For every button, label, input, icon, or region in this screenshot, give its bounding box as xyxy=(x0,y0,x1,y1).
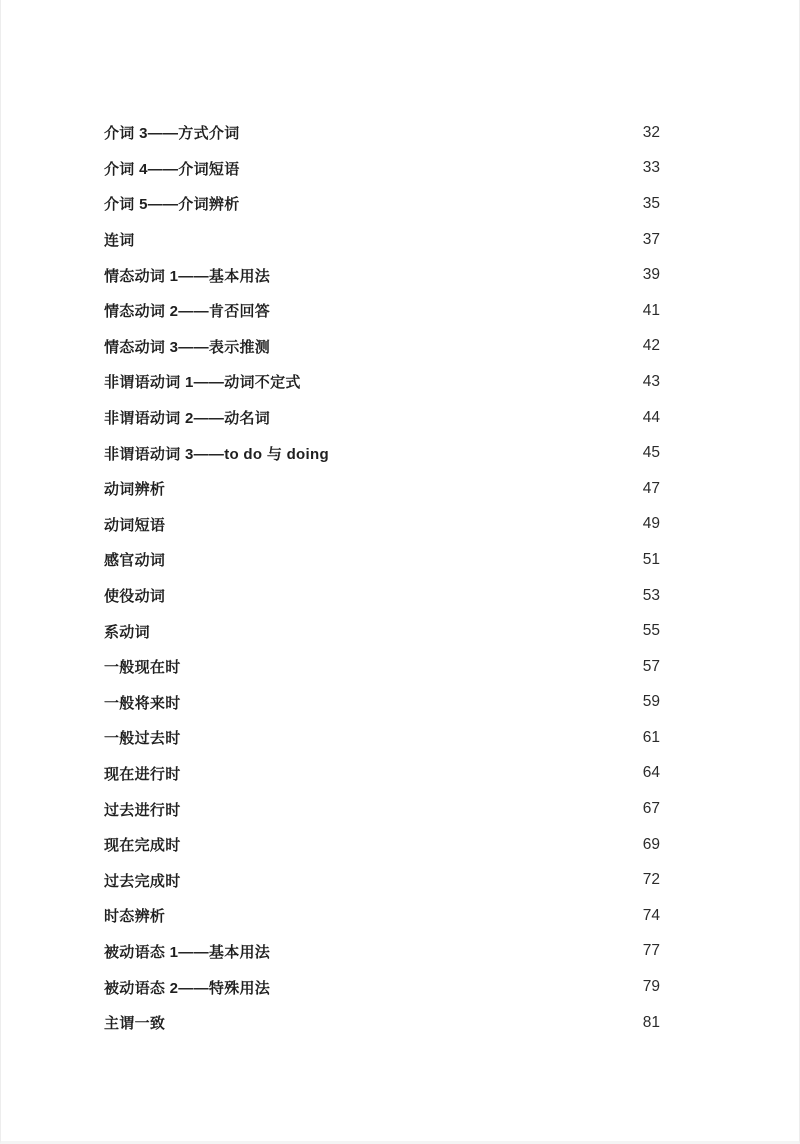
toc-entry-title: 情态动词 1——基本用法 xyxy=(104,265,270,286)
toc-entry-title: 动词辨析 xyxy=(104,478,165,499)
toc-entry-row: 被动语态 1——基本用法 77 xyxy=(104,934,660,970)
toc-entry-title: 一般将来时 xyxy=(104,692,181,713)
toc-entry-title: 过去完成时 xyxy=(104,870,181,891)
toc-entry-title: 一般现在时 xyxy=(104,656,181,677)
toc-entry-page-number: 47 xyxy=(643,480,660,498)
toc-entry-row: 非谓语动词 1——动词不定式 43 xyxy=(104,364,660,400)
toc-entry-page-number: 69 xyxy=(643,836,660,854)
toc-entry-row: 系动词 55 xyxy=(104,613,660,649)
toc-entry-title: 系动词 xyxy=(104,621,150,642)
toc-entry-title: 非谓语动词 3——to do 与 doing xyxy=(104,443,329,464)
toc-entry-title: 主谓一致 xyxy=(104,1012,165,1033)
toc-entry-row: 非谓语动词 2——动名词 44 xyxy=(104,400,660,436)
toc-entry-page-number: 33 xyxy=(643,159,660,177)
toc-entry-page-number: 55 xyxy=(643,622,660,640)
toc-entry-title: 介词 5——介词辨析 xyxy=(104,193,240,214)
toc-entry-page-number: 42 xyxy=(643,337,660,355)
toc-entry-row: 一般过去时 61 xyxy=(104,720,660,756)
toc-entry-title: 介词 4——介词短语 xyxy=(104,158,240,179)
toc-entry-row: 现在进行时 64 xyxy=(104,756,660,792)
toc-entry-page-number: 37 xyxy=(643,231,660,249)
toc-entry-row: 主谓一致 81 xyxy=(104,1005,660,1041)
toc-entry-page-number: 57 xyxy=(643,658,660,676)
toc-entry-page-number: 39 xyxy=(643,266,660,284)
toc-entry-title: 非谓语动词 2——动名词 xyxy=(104,407,270,428)
toc-entry-row: 时态辨析 74 xyxy=(104,898,660,934)
toc-entry-row: 介词 3——方式介词 32 xyxy=(104,115,660,151)
toc-entry-title: 现在进行时 xyxy=(104,763,181,784)
toc-entry-page-number: 43 xyxy=(643,373,660,391)
toc-entry-row: 介词 4——介词短语 33 xyxy=(104,151,660,187)
toc-entry-title: 时态辨析 xyxy=(104,905,165,926)
toc-entry-row: 动词短语 49 xyxy=(104,507,660,543)
toc-entry-row: 使役动词 53 xyxy=(104,578,660,614)
toc-entry-page-number: 74 xyxy=(643,907,660,925)
toc-entry-title: 被动语态 2——特殊用法 xyxy=(104,977,270,998)
toc-entry-row: 情态动词 2——肯否回答 41 xyxy=(104,293,660,329)
toc-entry-title: 动词短语 xyxy=(104,514,165,535)
toc-entry-title: 连词 xyxy=(104,229,135,250)
toc-entry-row: 情态动词 3——表示推测 42 xyxy=(104,329,660,365)
toc-entry-title: 被动语态 1——基本用法 xyxy=(104,941,270,962)
document-page: 介词 3——方式介词 32 介词 4——介词短语 33 介词 5——介词辨析 3… xyxy=(0,0,800,1144)
toc-entry-title: 一般过去时 xyxy=(104,727,181,748)
toc-entry-row: 一般现在时 57 xyxy=(104,649,660,685)
toc-entry-page-number: 59 xyxy=(643,693,660,711)
toc-entry-page-number: 81 xyxy=(643,1014,660,1032)
toc-entry-title: 非谓语动词 1——动词不定式 xyxy=(104,371,301,392)
toc-entry-page-number: 79 xyxy=(643,978,660,996)
toc-entry-row: 过去进行时 67 xyxy=(104,791,660,827)
toc-entry-title: 介词 3——方式介词 xyxy=(104,122,240,143)
toc-entry-title: 情态动词 3——表示推测 xyxy=(104,336,270,357)
toc-entry-row: 感官动词 51 xyxy=(104,542,660,578)
toc-entry-page-number: 49 xyxy=(643,515,660,533)
toc-entry-title: 过去进行时 xyxy=(104,799,181,820)
toc-entry-page-number: 77 xyxy=(643,942,660,960)
toc-entry-page-number: 51 xyxy=(643,551,660,569)
toc-entry-page-number: 45 xyxy=(643,444,660,462)
toc-entry-row: 一般将来时 59 xyxy=(104,685,660,721)
toc-entry-page-number: 72 xyxy=(643,871,660,889)
toc-entry-page-number: 67 xyxy=(643,800,660,818)
toc-entry-row: 动词辨析 47 xyxy=(104,471,660,507)
toc-entry-row: 非谓语动词 3——to do 与 doing 45 xyxy=(104,435,660,471)
toc-entry-row: 情态动词 1——基本用法 39 xyxy=(104,257,660,293)
toc-entry-page-number: 41 xyxy=(643,302,660,320)
toc-entry-page-number: 53 xyxy=(643,587,660,605)
toc-entry-row: 被动语态 2——特殊用法 79 xyxy=(104,969,660,1005)
toc-entry-page-number: 61 xyxy=(643,729,660,747)
toc-entry-page-number: 44 xyxy=(643,409,660,427)
toc-entry-title: 感官动词 xyxy=(104,549,165,570)
toc-entry-page-number: 32 xyxy=(643,124,660,142)
toc-entry-row: 过去完成时 72 xyxy=(104,862,660,898)
toc-entry-row: 现在完成时 69 xyxy=(104,827,660,863)
toc-entry-page-number: 35 xyxy=(643,195,660,213)
toc-entry-row: 连词 37 xyxy=(104,222,660,258)
table-of-contents: 介词 3——方式介词 32 介词 4——介词短语 33 介词 5——介词辨析 3… xyxy=(1,0,799,1040)
toc-entry-row: 介词 5——介词辨析 35 xyxy=(104,186,660,222)
toc-entry-title: 现在完成时 xyxy=(104,834,181,855)
toc-entry-title: 情态动词 2——肯否回答 xyxy=(104,300,270,321)
toc-entry-title: 使役动词 xyxy=(104,585,165,606)
toc-entry-page-number: 64 xyxy=(643,764,660,782)
